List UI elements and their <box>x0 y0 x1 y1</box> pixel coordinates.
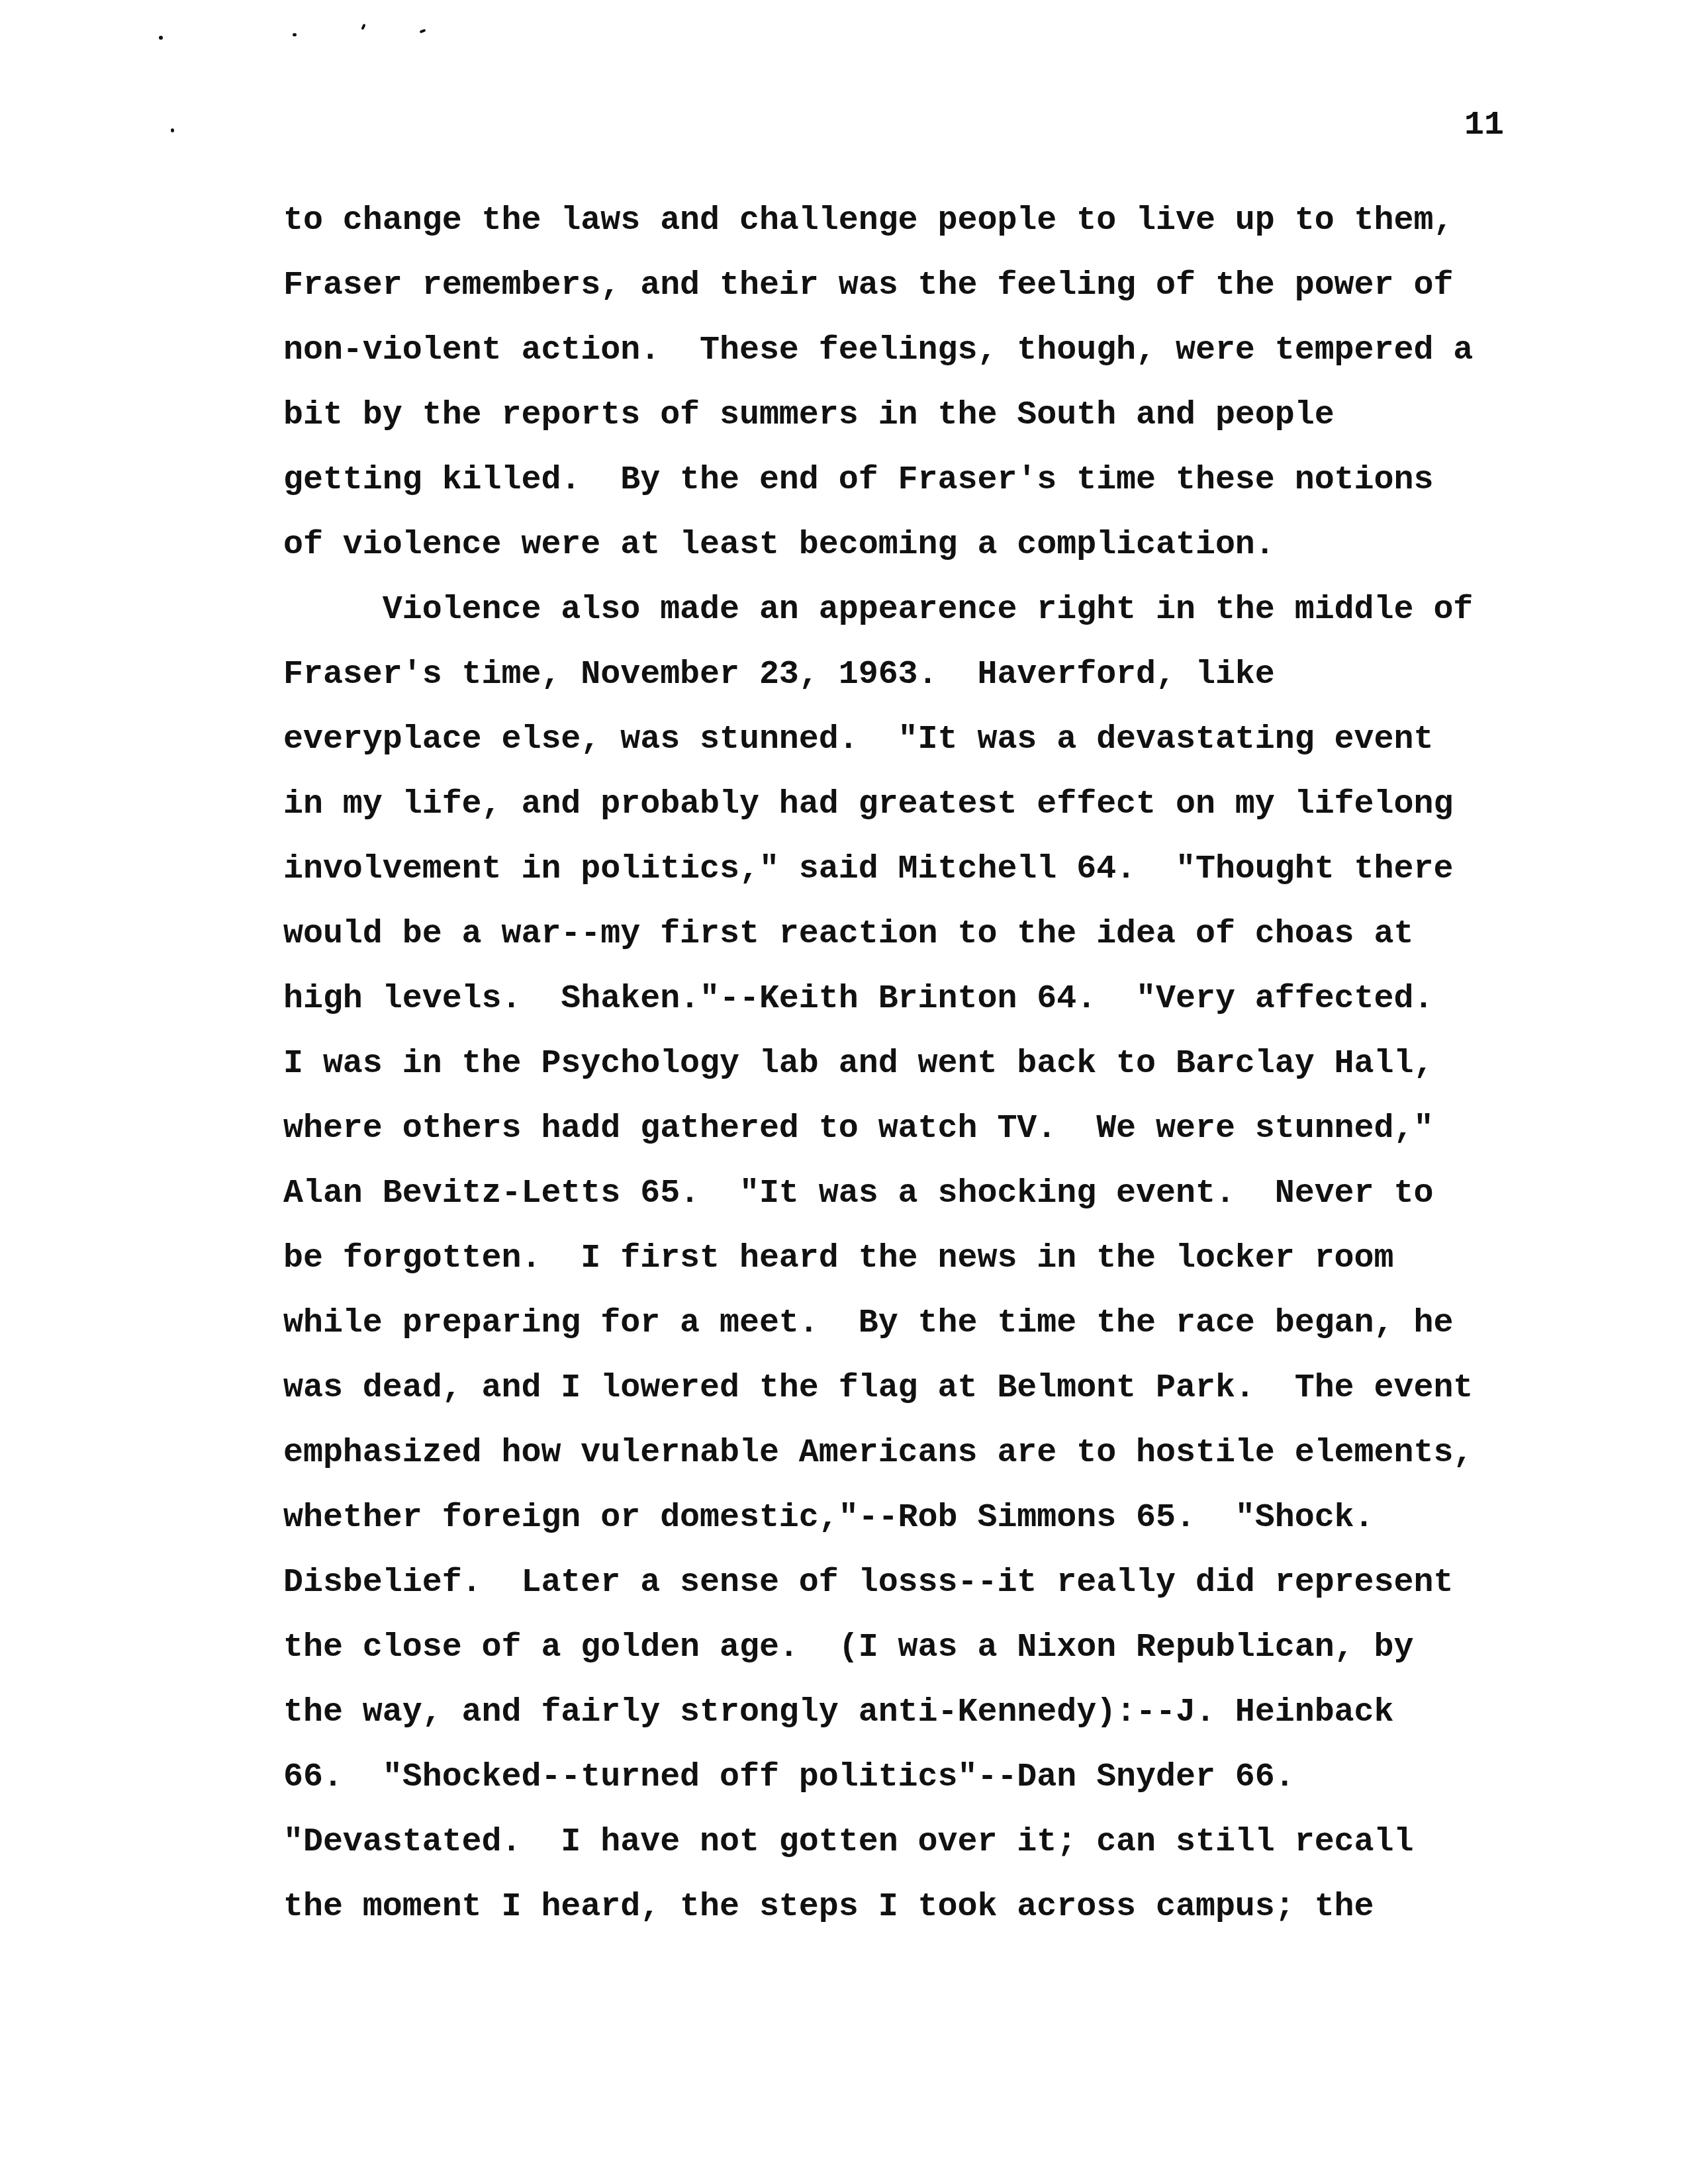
text-line: the close of a golden age. (I was a Nixo… <box>283 1625 1541 1690</box>
scan-speck <box>420 29 426 34</box>
text-line: Fraser remembers, and their was the feel… <box>283 263 1541 328</box>
text-line: I was in the Psychology lab and went bac… <box>283 1042 1541 1107</box>
text-line: the moment I heard, the steps I took acr… <box>283 1885 1541 1950</box>
text-line: to change the laws and challenge people … <box>283 199 1541 263</box>
text-line: while preparing for a meet. By the time … <box>283 1301 1541 1366</box>
text-line: "Devastated. I have not gotten over it; … <box>283 1820 1541 1885</box>
text-line: Alan Bevitz-Letts 65. "It was a shocking… <box>283 1171 1541 1236</box>
text-line: whether foreign or domestic,"--Rob Simmo… <box>283 1496 1541 1561</box>
scan-speck <box>361 24 365 30</box>
text-line: Fraser's time, November 23, 1963. Haverf… <box>283 653 1541 717</box>
text-line: was dead, and I lowered the flag at Belm… <box>283 1366 1541 1431</box>
text-line: be forgotten. I first heard the news in … <box>283 1236 1541 1301</box>
text-line: emphasized how vulernable Americans are … <box>283 1431 1541 1496</box>
text-line: getting killed. By the end of Fraser's t… <box>283 458 1541 523</box>
scan-speck <box>171 128 174 132</box>
text-line: would be a war--my first reaction to the… <box>283 912 1541 977</box>
text-line: bit by the reports of summers in the Sou… <box>283 393 1541 458</box>
text-line: high levels. Shaken."--Keith Brinton 64.… <box>283 977 1541 1042</box>
text-line: involvement in politics," said Mitchell … <box>283 847 1541 912</box>
text-line: non-violent action. These feelings, thou… <box>283 328 1541 393</box>
text-line: 66. "Shocked--turned off politics"--Dan … <box>283 1755 1541 1820</box>
text-line: the way, and fairly strongly anti-Kenned… <box>283 1690 1541 1755</box>
text-line: in my life, and probably had greatest ef… <box>283 782 1541 847</box>
scan-speck <box>293 33 297 36</box>
document-page: 11 to change the laws and challenge peop… <box>0 0 1688 2184</box>
text-line: everyplace else, was stunned. "It was a … <box>283 717 1541 782</box>
page-number: 11 <box>1464 106 1504 146</box>
text-line: Disbelief. Later a sense of losss--it re… <box>283 1561 1541 1625</box>
body-text: to change the laws and challenge people … <box>283 199 1541 1950</box>
paragraph-start-line: Violence also made an appearence right i… <box>283 588 1541 653</box>
text-line: of violence were at least becoming a com… <box>283 523 1541 588</box>
text-line: where others hadd gathered to watch TV. … <box>283 1107 1541 1171</box>
scan-speck <box>159 36 163 40</box>
